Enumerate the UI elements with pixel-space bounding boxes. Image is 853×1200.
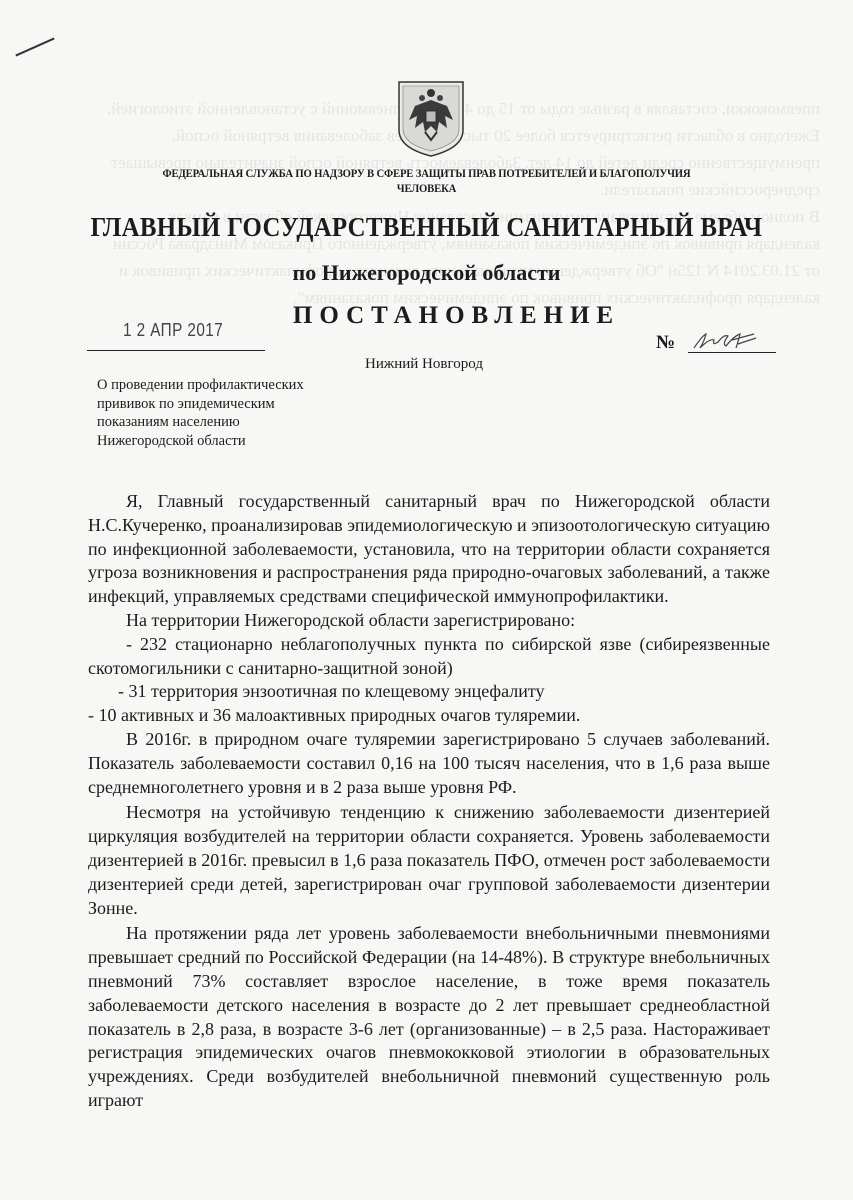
list-item-tularemia: - 10 активных и 36 малоактивных природны… xyxy=(88,704,770,728)
decree-body: Я, Главный государственный санитарный вр… xyxy=(88,490,770,1113)
pen-mark xyxy=(15,38,54,57)
list-item-encephalitis: - 31 территория энзоотичная по клещевому… xyxy=(88,680,770,704)
subject-line: прививок по эпидемическим xyxy=(97,395,304,414)
paragraph-tularemia-2016: В 2016г. в природном очаге туляремии зар… xyxy=(88,728,770,799)
subject-line: показаниям населению xyxy=(97,413,304,432)
date-stamp: 1 2 АПР 2017 xyxy=(123,320,223,341)
document-page: ппевмококки, составляя в разные годы от … xyxy=(0,0,853,1200)
list-item-anthrax: - 232 стационарно неблагополучных пункта… xyxy=(88,633,770,681)
paragraph-registered-intro: На территории Нижегородской области заре… xyxy=(88,609,770,633)
city-name: Нижний Новгород xyxy=(365,356,483,373)
date-underline xyxy=(87,350,265,351)
agency-name-line2: ЧЕЛОВЕКА xyxy=(30,182,823,197)
region-title: по Нижегородской области xyxy=(0,260,853,286)
handwritten-number-icon xyxy=(692,330,758,352)
russian-coat-of-arms-icon xyxy=(395,78,467,158)
paragraph-preamble: Я, Главный государственный санитарный вр… xyxy=(88,490,770,609)
subject-line: О проведении профилактических xyxy=(97,376,304,395)
paragraph-dysentery: Несмотря на устойчивую тенденцию к сниже… xyxy=(88,801,770,920)
decree-subject: О проведении профилактических прививок п… xyxy=(97,376,304,450)
agency-name: ФЕДЕРАЛЬНАЯ СЛУЖБА ПО НАДЗОРУ В СФЕРЕ ЗА… xyxy=(30,167,823,197)
decree-number-label: № xyxy=(656,332,675,354)
agency-name-line1: ФЕДЕРАЛЬНАЯ СЛУЖБА ПО НАДЗОРУ В СФЕРЕ ЗА… xyxy=(30,167,823,182)
subject-line: Нижегородской области xyxy=(97,432,304,451)
chief-title: ГЛАВНЫЙ ГОСУДАРСТВЕННЫЙ САНИТАРНЫЙ ВРАЧ xyxy=(34,212,819,243)
paragraph-pneumonia: На протяжении ряда лет уровень заболевае… xyxy=(88,922,770,1112)
decree-number-underline xyxy=(688,352,776,353)
